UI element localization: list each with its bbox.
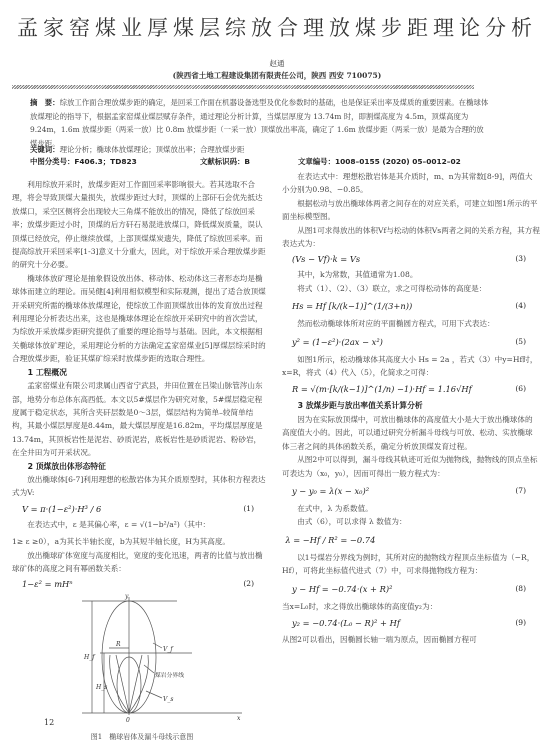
paragraph: 从图2中可以得到，漏斗母线其轨迹可近似为抛物线，抛物线的顶点坐标可表达为（x₀，… [282, 453, 540, 480]
boundary-label: 煤岩分界线 [155, 671, 184, 679]
equation-number: (9) [515, 613, 526, 633]
paragraph: 从图1可求得放出的体积Vf与松动的体积Vs两者之间的关系方程，其方程表达式为： [282, 224, 540, 251]
equation-number: (8) [515, 578, 526, 600]
hf-label: H_f [83, 654, 96, 661]
paragraph: 如图1所示，松动椭球体其高度大小 Hs = 2a ，若式（3）中y=Hf时，x=… [282, 353, 540, 380]
section-heading: 2 顶煤放出体形态特征 [12, 460, 268, 473]
vs-label: V_s [163, 696, 173, 703]
affiliation: (陕西省土地工程建设集团有限责任公司，陕西 西安 710075) [0, 70, 554, 81]
y-axis-label: y [124, 593, 129, 600]
equation-5: y² = (1−ε²)·(2ax − x²)(5) [282, 331, 540, 353]
paragraph: 1≥ ε ≥0），a为其长半轴长度，b为其短半轴长度，H为其高度。 [12, 535, 268, 548]
paragraph: 当x=L₀时，求之得放出椭球体的高度值y₂为： [282, 600, 540, 613]
vf-label: V_f [163, 646, 174, 653]
paragraph: 从图2可以看出，因椭圆长轴一端为原点，因而椭圆方程可 [282, 633, 540, 646]
equation-number: (3) [515, 250, 526, 268]
section-heading: 3 放煤步距与放出率值关系计算分析 [282, 399, 540, 412]
equation-number: (6) [515, 379, 526, 399]
paragraph: 在表达式中，ε 是其偏心率，ε = √(1−b²/a²)（其中： [12, 518, 268, 531]
paragraph: 其中，k为常数，其值通常为1.08。 [282, 268, 540, 281]
paragraph: 放出椭球矿体宽度与高度相比，宽度的变化迅速，两者的比值与放出椭球矿体的高度之间有… [12, 549, 268, 576]
page-title: 孟家窑煤业厚煤层综放合理放煤步距理论分析 [0, 12, 554, 42]
figure-caption: 图1 椭球岩体及漏斗母线示意图 [12, 731, 272, 740]
paragraph: 然而松动椭球体所对应的平面椭圆方程式，可用下式表达： [282, 317, 540, 330]
equation-9: y₂ = −0.74·(L₀ − R)² + Hf(9) [282, 613, 540, 633]
paragraph: 将式（1）、（2）、（3）联立，求之可得松动体的高度是： [282, 282, 540, 295]
keywords-label: 关键词： [30, 145, 60, 154]
paragraph: 根据松动与放出椭球体两者之间存在的对应关系，可建立如图1所示的平面坐标模型图。 [282, 197, 540, 224]
paragraph: 由式（6），可以求得 λ 数值为： [282, 515, 540, 528]
left-column: 利用综放开采时，放煤步距对工作面回采率影响很大。若其选取不合理，将会导致顶煤大量… [12, 178, 268, 728]
equation-6: R = √(m·[k/(k−1)]^(1/n) −1)·Hf = 1.16√Hf… [282, 379, 540, 399]
abstract-text: 综放工作面合理放煤步距的确定，是回采工作面在机器设备选型及优化参数时的基础，也是… [30, 98, 488, 148]
equation-lambda: λ = −Hf / R² = −0.74 [282, 529, 540, 551]
paragraph: 在式中，λ 为系数值。 [282, 502, 540, 515]
equation-7: y − y₀ = λ(x − x₀)²(7) [282, 480, 540, 502]
doc-code: 文献标识码：B [200, 156, 250, 167]
equation-8: y − Hf = −0.74·(x + R)²(8) [282, 578, 540, 600]
paragraph: 孟家窑煤业有限公司隶属山西省宁武县，井田位置在吕梁山脉管涔山东部，地势分布总体东… [12, 379, 268, 459]
author: 赵通 [0, 58, 554, 69]
equation-number: (5) [515, 331, 526, 353]
clc-number: 中图分类号：F406.3；TD823 [30, 156, 137, 167]
paragraph: 以1号煤岩分界线为例时，其所对应的抛物线方程顶点坐标值为（−R，Hf），可将此坐… [282, 551, 540, 578]
equation-2: 1−ε² = mHⁿ(2) [12, 575, 268, 593]
paragraph: 利用综放开采时，放煤步距对工作面回采率影响很大。若其选取不合理，将会导致顶煤大量… [12, 178, 268, 272]
origin-label: 0 [126, 717, 130, 724]
r-label: R [115, 641, 121, 648]
equation-3: (Vs − Vf)·k = Vs(3) [282, 250, 540, 268]
paragraph: 因为在实际放顶煤中，可放出椭球体的高度值大小是大于放出椭球体的高度值大小的。因此… [282, 413, 540, 453]
paragraph: 在表达式中：理想松散岩体是其介质时，m、n为其常数[8-9]，两值大小分别为0.… [282, 170, 540, 197]
keywords-text: 理论分析；椭球体放煤理论；顶煤放出率；合理放煤步距 [60, 145, 245, 154]
right-column: 在表达式中：理想松散岩体是其介质时，m、n为其常数[8-9]，两值大小分别为0.… [282, 170, 540, 646]
x-axis-label: x [237, 715, 241, 722]
paragraph: 椭球体放矿理论是抽象假设放出体、移动体、松动体这三者形态均是椭球体而建立的理论。… [12, 272, 268, 366]
wavy-divider [12, 85, 474, 89]
section-heading: 1 工程概况 [12, 366, 268, 379]
equation-4: Hs = Hf [k/(k−1)]^(1/(3+n))(4) [282, 295, 540, 317]
hs-label: H_s [95, 684, 107, 691]
abstract-label: 摘 要： [30, 98, 60, 107]
abstract: 摘 要：综放工作面合理放煤步距的确定，是回采工作面在机器设备选型及优化参数时的基… [30, 96, 490, 150]
equation-1: V = π·(1−ε²)·H³ / 6(1) [12, 500, 268, 518]
equation-number: (2) [243, 575, 254, 593]
figure-1: y x 0 R H_f H_s V_f V_s 煤岩分界线 图1 椭球岩体及漏斗… [12, 593, 272, 728]
paragraph: 放出椭球体[6-7]利用理想的松散岩体为其介质原型时，其体积方程表达式为V: [12, 473, 268, 500]
page-number: 12 [44, 718, 54, 727]
equation-number: (1) [243, 500, 254, 518]
equation-number: (4) [515, 295, 526, 317]
article-number: 文章编号：1008–0155 (2020) 05–0012–02 [298, 156, 461, 167]
ellipsoid-diagram: y x 0 R H_f H_s V_f V_s 煤岩分界线 [12, 593, 272, 728]
keywords: 关键词：理论分析；椭球体放煤理论；顶煤放出率；合理放煤步距 [30, 144, 244, 155]
equation-number: (7) [515, 480, 526, 502]
